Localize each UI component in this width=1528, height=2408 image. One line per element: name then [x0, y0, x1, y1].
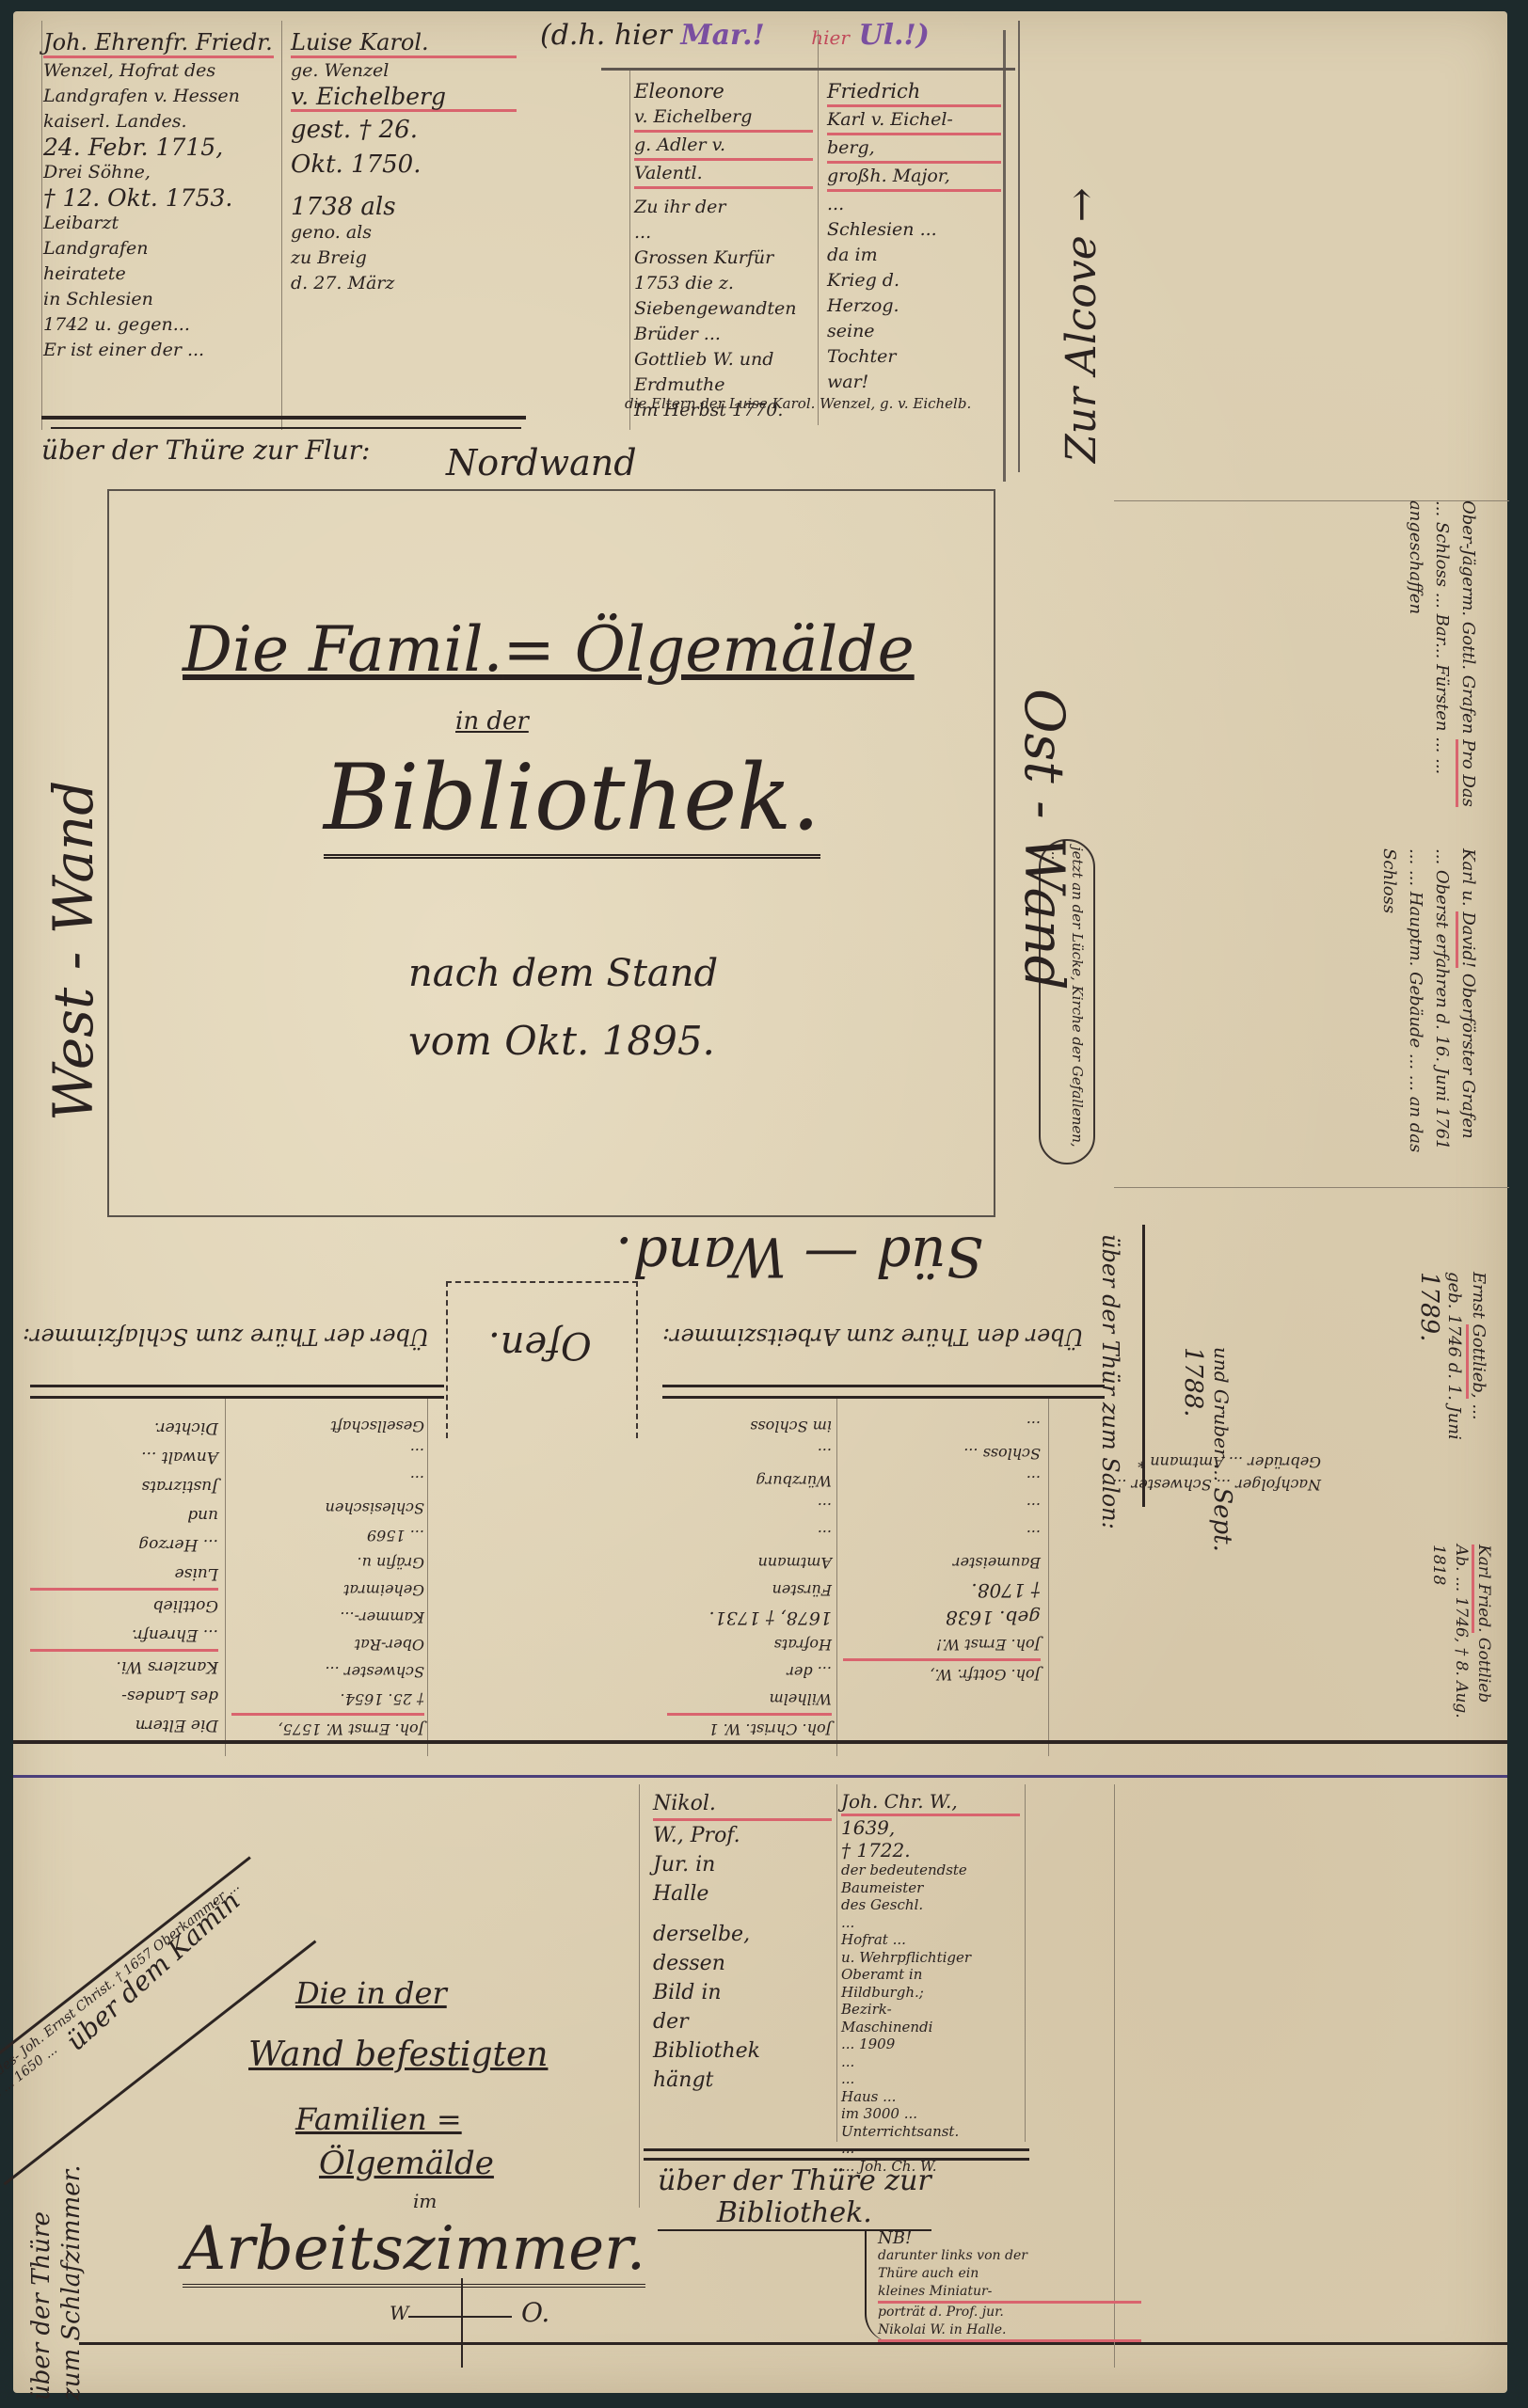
text-line: Wilhelm	[667, 1686, 832, 1713]
text-line: Tochter	[827, 344, 1001, 370]
asterisk-mark: *	[1138, 1453, 1145, 1471]
north-column-1: Joh. Ehrenfr. Friedr. Wenzel, Hofrat des…	[43, 30, 274, 363]
text-line: Baumeister	[843, 1549, 1041, 1576]
text-line: Joh. Gottfr. W.,	[843, 1658, 1041, 1688]
grid-line	[225, 1399, 226, 1756]
text-line: 1789.	[1415, 1272, 1443, 1341]
portrait-name: Eleonore	[634, 79, 813, 104]
section-rule	[13, 1740, 1507, 1744]
title-part: Die Famil.	[183, 613, 503, 686]
text-line: ...	[231, 1440, 424, 1467]
title-line-5: vom Okt. 1895.	[408, 1018, 715, 1064]
text-line: Gottlieb,	[1466, 1324, 1488, 1399]
text-line: ...	[827, 192, 1001, 217]
fireplace-band: Der Landes- Joh. Ernst Christ. † 1657 Ob…	[0, 1856, 316, 2185]
text-line: zum Schlafzimmer.	[56, 2165, 87, 2400]
north-column-2: Luise Karol. ge. Wenzel v. Eichelberg ge…	[291, 30, 517, 296]
text-line: und	[30, 1500, 218, 1529]
text-line: gest. † 26.	[291, 118, 517, 143]
text-line: des Geschl.	[841, 1896, 1020, 1914]
section-rule-purple	[13, 1775, 1507, 1778]
east-entry-1: Ober-Jägerm. Gottl. Grafen Pro Das ... S…	[1402, 500, 1481, 811]
south-door-right-label: Über den Thüre zum Arbeitszimmer:	[662, 1323, 1084, 1350]
text-line: Hofrats	[667, 1631, 832, 1658]
grid-line	[1025, 1784, 1026, 2142]
grid-line	[41, 21, 42, 430]
text-line: d. 27. März	[291, 271, 517, 296]
text-line: Gottlieb	[30, 1588, 218, 1620]
text-line: Valentl.	[634, 161, 813, 189]
workroom-title-6: Arbeitszimmer.	[183, 2214, 645, 2288]
text-line: Kammer-...	[231, 1604, 424, 1631]
text-line: Nikolai W. in Halle.	[878, 2321, 1141, 2342]
south-column-2: Joh. Ernst W. 1575, † 25. 1654. Schweste…	[231, 1413, 424, 1743]
text-line: Herzog.	[827, 293, 1001, 319]
text-line: 1742 u. gegen...	[43, 312, 274, 338]
text-line: im 3000 ...	[841, 2105, 1020, 2123]
text-line: v. Eichelberg	[291, 84, 517, 112]
workroom-title-2: Wand befestigten	[248, 2036, 548, 2074]
text-line: Fürsten	[1432, 664, 1452, 731]
compass-ew-line	[408, 2316, 512, 2318]
grid-line	[629, 68, 630, 430]
text-line: Gottl.	[1458, 622, 1478, 670]
north-column-3: Eleonore v. Eichelberg g. Adler v. Valen…	[634, 79, 813, 423]
text-line: Krieg d.	[827, 268, 1001, 293]
text-line: Ober-Rat	[231, 1631, 424, 1658]
text-line: Karl u.	[1458, 848, 1478, 907]
east-wall-label: Ost - Wand	[1012, 689, 1076, 990]
workroom-column-2: Joh. Chr. W., 1639, † 1722. der bedeuten…	[841, 1789, 1020, 2175]
bottom-rule	[79, 2342, 1507, 2345]
text-line: Er ist einer der ...	[43, 338, 274, 363]
text-line: v. Eichelberg	[634, 104, 813, 133]
text-line: ...	[841, 2070, 1020, 2088]
text-line: ... 1569	[231, 1522, 424, 1549]
double-rule	[644, 2158, 1029, 2161]
grid-line	[1048, 1399, 1049, 1756]
text-line: ... der	[667, 1658, 832, 1686]
text-line: ...	[667, 1522, 832, 1549]
text-line: Bezirk-	[841, 2001, 1020, 2019]
text-line: Gottlieb	[1474, 1638, 1493, 1703]
text-line: ...	[841, 1914, 1020, 1932]
text-line: ... Herzog	[30, 1529, 218, 1559]
text-line: heiratete	[43, 261, 274, 287]
text-line: d. 1. Juni	[1444, 1363, 1464, 1440]
text-line: Fürsten	[667, 1576, 832, 1604]
text-line: ...	[634, 220, 813, 246]
compass-east: O.	[521, 2297, 549, 2328]
text-line: Joh. Christ. W. 1	[667, 1713, 832, 1743]
workroom-door-bottom: über der Thüre zur Bibliothek.	[658, 2165, 931, 2231]
south-column-3: Joh. Christ. W. 1 Wilhelm ... der Hofrat…	[667, 1413, 832, 1743]
east-entry-2: Karl u. David! Oberförster Grafen ... Ob…	[1376, 848, 1481, 1159]
text-line: ... Hauptm.	[1406, 870, 1425, 966]
text-line: Schwester ...	[231, 1658, 424, 1686]
text-line: Ab. ...	[1452, 1545, 1471, 1592]
title-line-3: Bibliothek.	[324, 745, 820, 859]
text-line: ... Bar...	[1432, 593, 1452, 659]
text-line: Halle	[653, 1879, 832, 1909]
grid-line	[836, 1399, 837, 1756]
text-line: darunter links von der	[878, 2247, 1141, 2265]
text-line: Die Eltern	[30, 1710, 218, 1739]
text-line: Würzburg	[667, 1467, 832, 1495]
portrait-name: Joh. Ehrenfr. Friedr.	[43, 30, 274, 58]
text-line: Hofrat ...	[841, 1931, 1020, 1949]
text-line: porträt d. Prof. jur.	[878, 2304, 1141, 2321]
text-line: † 1722.	[841, 1839, 1020, 1861]
text-line: da im	[827, 243, 1001, 268]
text-line: Hildburgh.;	[841, 1984, 1020, 2002]
workroom-title-4: Ölgemälde	[319, 2145, 494, 2182]
text-line: 1639,	[841, 1816, 1020, 1839]
title-line-4: nach dem Stand	[408, 952, 718, 995]
text-line: Pro Das	[1456, 739, 1478, 807]
text-line: in Schlesien	[43, 287, 274, 312]
workroom-title-5: im	[413, 2190, 437, 2212]
text-line: Maschinendi	[841, 2019, 1020, 2036]
south-side-note: Nachfolger ... Schwester ... Gebrüder ..…	[1058, 1450, 1321, 1496]
south-wall-label: Süd — Wand.	[615, 1225, 983, 1289]
note-part: (d.h. hier	[540, 19, 672, 52]
document-page: Joh. Ehrenfr. Friedr. Wenzel, Hofrat des…	[13, 11, 1507, 2393]
text-line: kaiserl. Landes.	[43, 109, 274, 135]
text-line: g. Adler v.	[634, 133, 813, 161]
text-line: Bibliothek.	[658, 2197, 931, 2231]
double-rule	[41, 416, 526, 420]
workroom-title-3: Familien =	[295, 2101, 462, 2137]
text-line: geno. als	[291, 220, 517, 246]
note-part: Mar.!	[680, 19, 764, 52]
text-line: ...	[843, 1495, 1041, 1522]
text-line: Gebäude ...	[1406, 972, 1425, 1069]
grid-line	[281, 21, 282, 430]
portrait-name: Luise Karol.	[291, 30, 517, 58]
west-wall-label: West - Wand	[41, 781, 105, 1121]
text-line: Jur. in	[653, 1850, 832, 1879]
south-column-1: Die Eltern des Landes- Kanzlers Wi. ... …	[30, 1413, 218, 1739]
text-line: ...	[1406, 1075, 1425, 1091]
text-line: Luise	[30, 1559, 218, 1588]
text-line: Thüre auch ein	[878, 2265, 1141, 2283]
text-line: hängt	[653, 2066, 832, 2095]
text-line: berg,	[827, 135, 1001, 164]
text-line: des Landes-	[30, 1681, 218, 1710]
text-line: † 25. 1654.	[231, 1686, 424, 1713]
text-line: Baumeister	[841, 1879, 1020, 1897]
text-line: Kanzlers Wi.	[30, 1649, 218, 1681]
grid-line	[836, 1784, 837, 2142]
text-line: Siebengewandten	[634, 296, 813, 322]
compass-ns-line	[461, 2278, 463, 2368]
text-line: d. 16. Juni	[1432, 1013, 1452, 1101]
north-door-label: über der Thüre zur Flur:	[41, 435, 371, 466]
text-line: Anwalt ...	[30, 1442, 218, 1471]
grid-line	[818, 30, 819, 425]
text-line: Leibarzt	[43, 211, 274, 236]
east-entry-3: Ernst Gottlieb, ... geb. 1746 d. 1. Juni…	[1414, 1272, 1490, 1460]
portrait-name: Joh. Chr. W.,	[841, 1789, 1020, 1816]
text-line: 24. Febr. 1715,	[43, 135, 274, 160]
text-line: Karl Fried.	[1472, 1545, 1493, 1633]
text-line: dessen	[653, 1949, 832, 1978]
text-line: Haus ...	[841, 2088, 1020, 2106]
text-line: W., Prof.	[653, 1821, 832, 1850]
text-line: Oberamt in	[841, 1966, 1020, 1984]
text-line: 1738 als	[291, 195, 517, 220]
text-line: Oberst	[1432, 870, 1452, 928]
text-line: Bild in	[653, 1978, 832, 2007]
text-line: ...	[843, 1522, 1041, 1549]
text-line: der bedeutendste	[841, 1861, 1020, 1879]
text-line: und Gruber	[1210, 1347, 1233, 1458]
text-line: Unterrichtsanst.	[841, 2123, 1020, 2141]
text-line: war!	[827, 370, 1001, 395]
text-line: großh. Major,	[827, 164, 1001, 192]
double-rule	[644, 2148, 1029, 2151]
text-line: Gräfin u.	[231, 1549, 424, 1576]
nb-mark: NB!	[878, 2229, 1141, 2247]
text-line: Erdmuthe	[634, 372, 813, 398]
double-rule	[30, 1385, 444, 1387]
text-line: Gesellschaft	[231, 1413, 424, 1440]
east-entry-4: Karl Fried. Gottlieb Ab. ... 1746, † 8. …	[1427, 1545, 1495, 1733]
text-line: Schlesien ...	[827, 217, 1001, 243]
double-rule	[662, 1385, 1105, 1387]
text-line: ... Schloss	[1432, 500, 1452, 587]
text-line: Joh. Ernst W. 1575,	[231, 1713, 424, 1743]
text-line: ...	[841, 2053, 1020, 2071]
oven-label: Ofen.	[488, 1323, 592, 1367]
workroom-door-left: über der Thüre zum Schlafzimmer.	[26, 2165, 87, 2400]
note-part: Ul.!)	[859, 19, 930, 52]
portrait-name: Friedrich	[827, 79, 1001, 107]
text-line: Bibliothek	[653, 2036, 832, 2066]
text-line: Amtmann	[667, 1549, 832, 1576]
double-rule	[30, 1396, 444, 1399]
text-line: ...	[667, 1440, 832, 1467]
column-border	[1003, 30, 1006, 482]
text-line: ...	[231, 1467, 424, 1495]
text-line: geb. 1638	[843, 1604, 1041, 1631]
text-line: Landgrafen	[43, 236, 274, 261]
text-line: Brüder ...	[634, 322, 813, 347]
text-line: Wenzel, Hofrat des	[43, 58, 274, 84]
column-border	[1018, 21, 1020, 472]
text-line: Schloss ...	[843, 1440, 1041, 1467]
north-footer-note: die Eltern der Luise Karol. Wenzel, g. v…	[625, 395, 1011, 413]
text-line: Grafen	[1458, 675, 1478, 735]
double-rule	[51, 427, 521, 429]
text-line: ...	[667, 1495, 832, 1522]
text-line: geb. 1746	[1444, 1272, 1464, 1357]
workroom-title-1: Die in der	[295, 1975, 447, 2011]
grid-line	[639, 1784, 640, 2208]
text-line: 1746, † 8.	[1452, 1597, 1471, 1676]
note-part: hier	[811, 26, 850, 49]
text-line: ...	[843, 1467, 1041, 1495]
north-wall-label: Nordwand	[446, 442, 637, 483]
text-line: Okt. 1750.	[291, 152, 517, 178]
workroom-column-1: Nikol. W., Prof. Jur. in Halle derselbe,…	[653, 1789, 832, 2095]
text-line: Zu ihr der	[634, 195, 813, 220]
text-line: David!	[1456, 911, 1478, 968]
text-line: derselbe,	[653, 1920, 832, 1949]
title-part: = Ölgemälde	[503, 613, 915, 686]
text-line: Schlesischen	[231, 1495, 424, 1522]
compass-west: W	[390, 2302, 409, 2324]
text-line: u. Wehrpflichtiger	[841, 1949, 1020, 1967]
text-line: Justizrats	[30, 1471, 218, 1500]
portrait-name: Nikol.	[653, 1789, 832, 1821]
text-line: über der Thüre zur	[658, 2165, 931, 2197]
south-door-left-label: Über der Thüre zum Schlafzimmer:	[23, 1323, 429, 1350]
text-line: Drei Söhne,	[43, 160, 274, 185]
nb-note: NB! darunter links von der Thüre auch ei…	[865, 2229, 1141, 2342]
grid-line	[1114, 1187, 1509, 1188]
text-line: ge. Wenzel	[291, 58, 517, 84]
text-line: Ober-Jägerm.	[1458, 500, 1478, 616]
text-line: Ernst	[1469, 1272, 1488, 1319]
text-line: seine	[827, 319, 1001, 344]
text-line: ... Ehrenfr.	[30, 1620, 218, 1649]
text-line: Geheimrat	[231, 1576, 424, 1604]
text-line: kleines Miniatur-	[878, 2283, 1141, 2304]
title-line-1: Die Famil.= Ölgemälde	[183, 613, 915, 686]
grid-line	[427, 1399, 428, 1756]
text-line: angeschaffen	[1406, 500, 1425, 614]
text-line: erfahren	[1432, 934, 1452, 1008]
text-line: Dichter.	[30, 1413, 218, 1442]
text-line: † 12. Okt. 1753.	[43, 185, 274, 211]
text-line: Karl v. Eichel-	[827, 107, 1001, 135]
title-line-2: in der	[455, 707, 529, 736]
text-line: über der Thüre	[26, 2165, 56, 2400]
double-rule	[662, 1396, 1105, 1399]
text-line: 1678, † 1731.	[667, 1604, 832, 1631]
text-line: zu Breig	[291, 246, 517, 271]
text-line: der	[653, 2007, 832, 2036]
text-line: Joh. Ernst W.!	[843, 1631, 1041, 1658]
text-line: Landgrafen v. Hessen	[43, 84, 274, 109]
text-line: Grossen Kurfür	[634, 246, 813, 271]
text-line: ... 1909	[841, 2036, 1020, 2053]
north-column-4: Friedrich Karl v. Eichel- berg, großh. M…	[827, 79, 1001, 395]
text-line: ...	[843, 1413, 1041, 1440]
text-line: † 1708.	[843, 1576, 1041, 1604]
header-rule	[601, 68, 1015, 71]
south-column-4: Joh. Gottfr. W., Joh. Ernst W.! geb. 163…	[843, 1413, 1041, 1688]
text-line: ...	[1469, 1403, 1488, 1419]
text-line: 1753 die z.	[634, 271, 813, 296]
text-line: Gottlieb W. und	[634, 347, 813, 372]
text-line: im Schloss	[667, 1413, 832, 1440]
header-note: (d.h. hier Mar.! hier Ul.!)	[540, 19, 930, 52]
alcove-label: Zur Alcove →	[1058, 187, 1106, 463]
text-line: Oberförster	[1458, 974, 1478, 1074]
text-line: ... ...	[1432, 737, 1452, 774]
